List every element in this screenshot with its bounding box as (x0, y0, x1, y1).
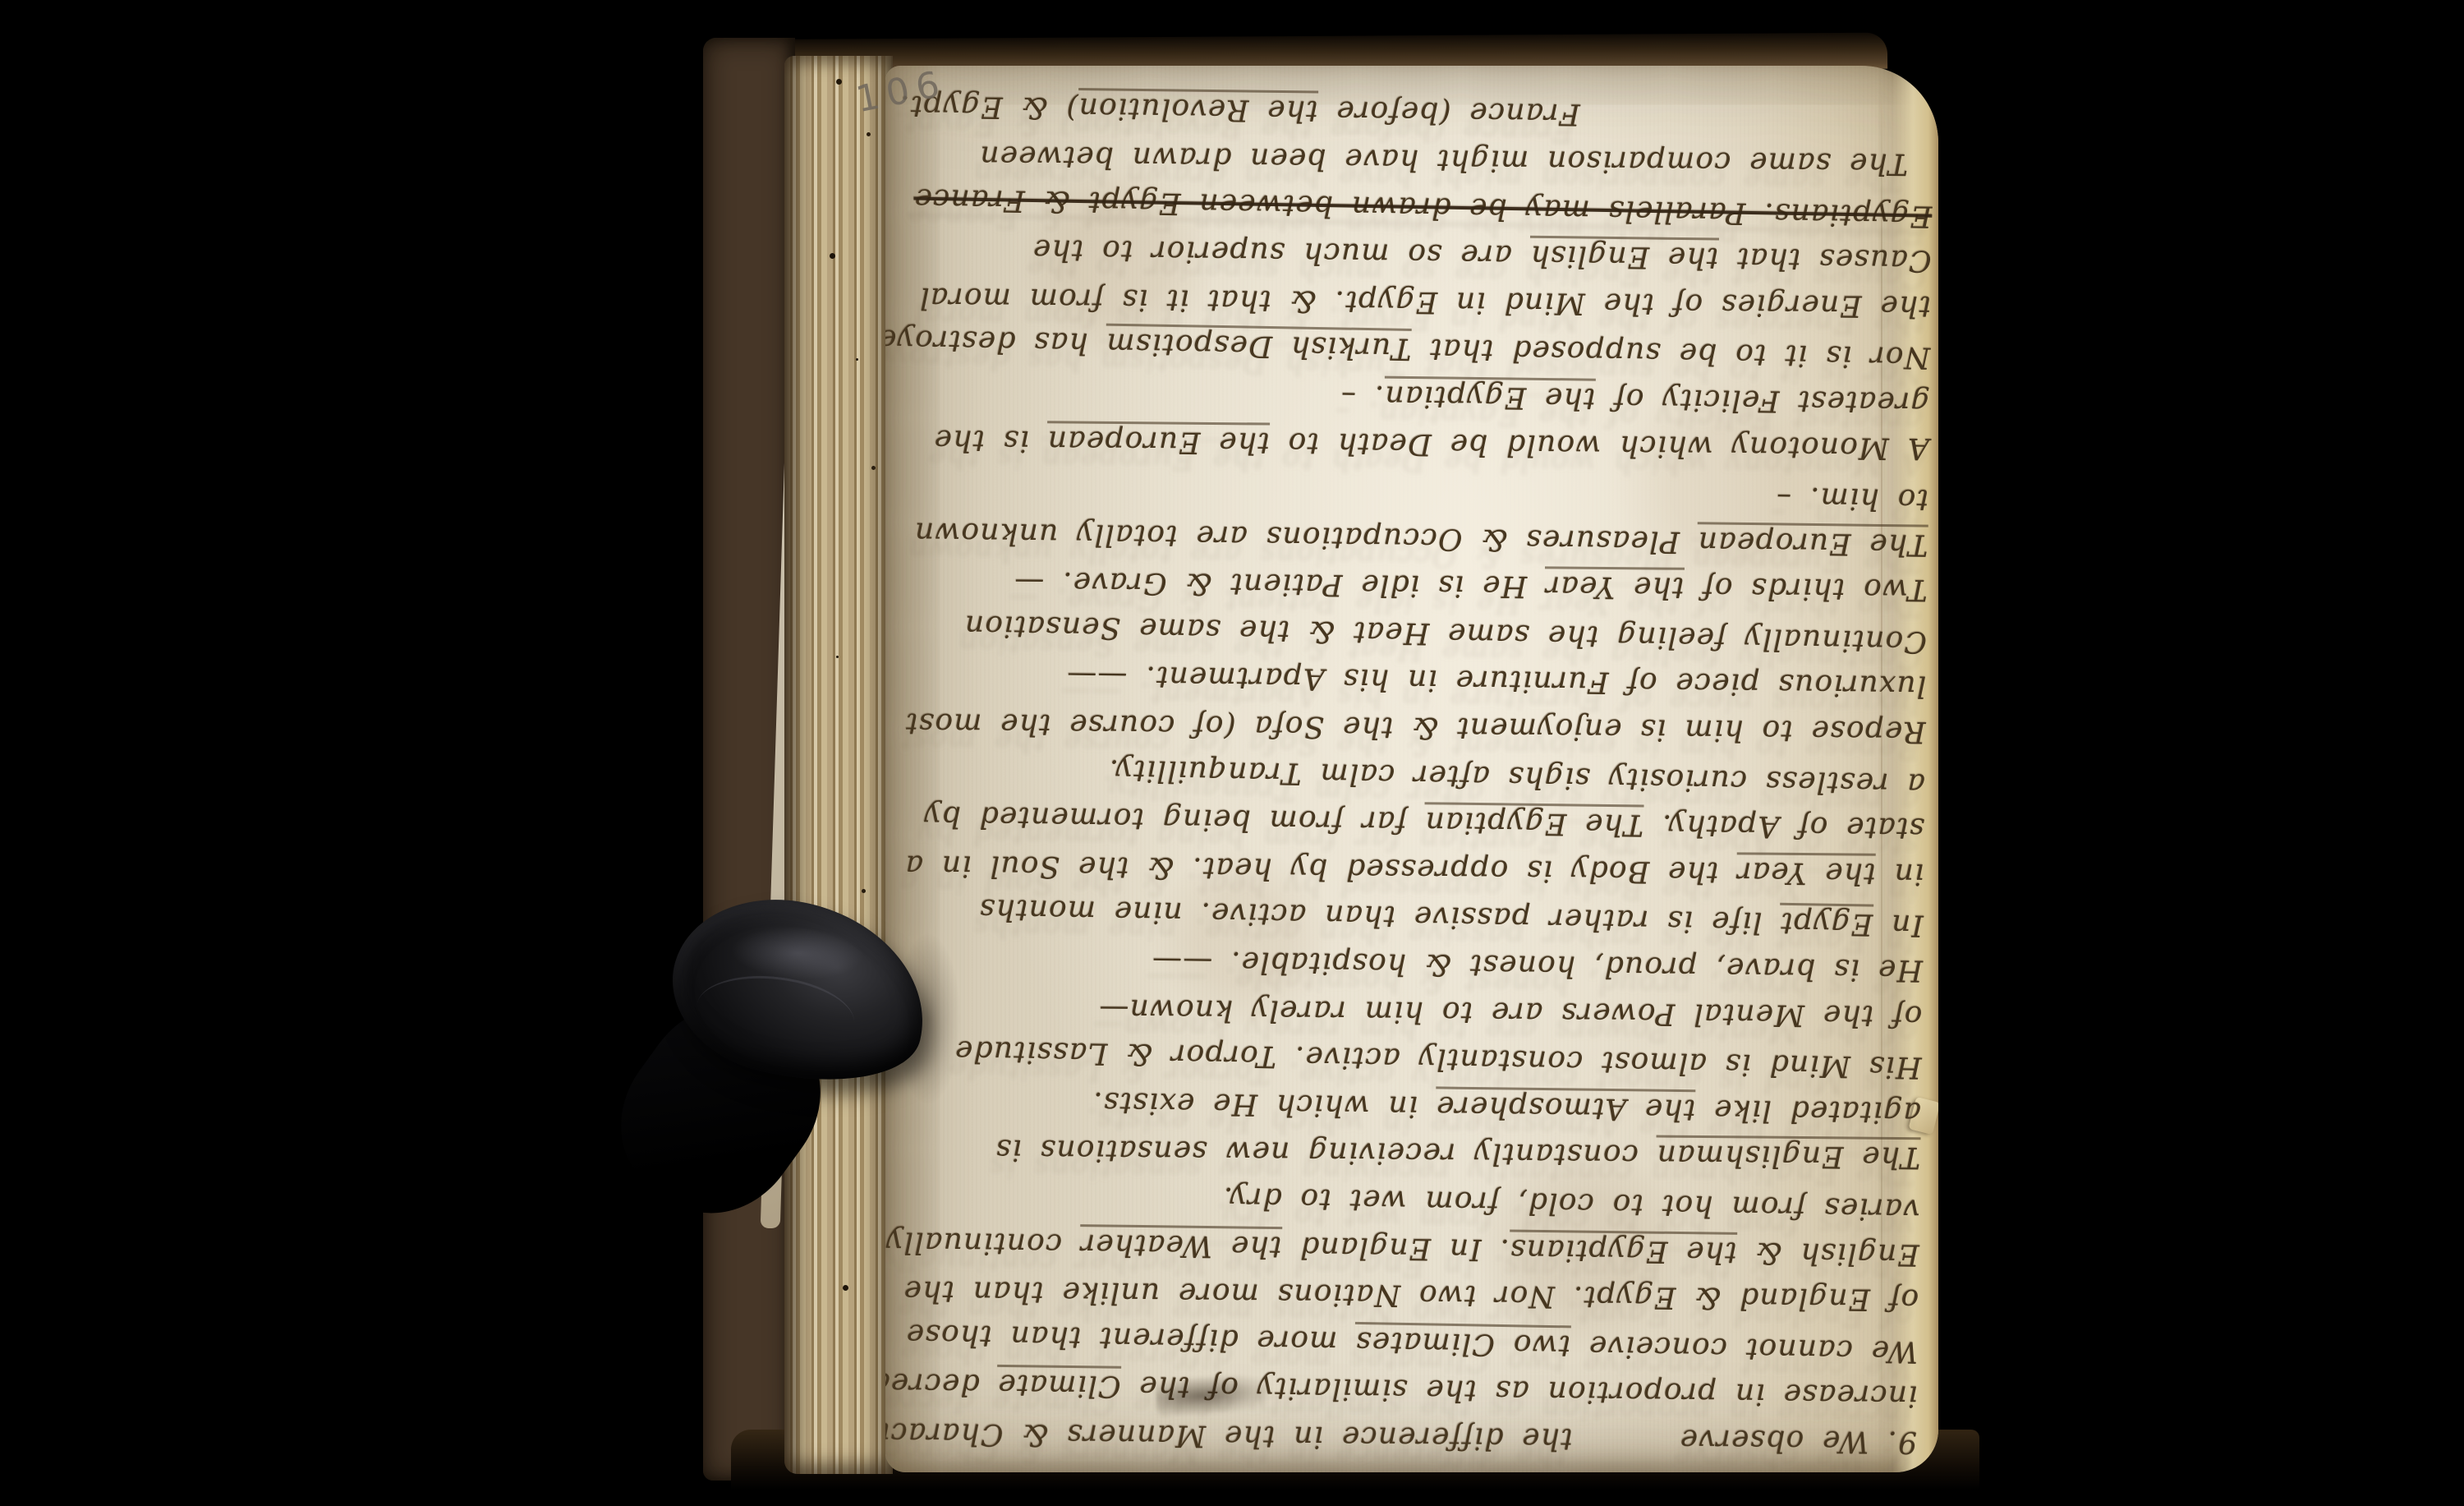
manuscript-line: Repose to him is enjoyment & the Sofa (o… (897, 699, 1925, 755)
manuscript-segment: a restless curiosity sighs after calm Tr… (1108, 753, 1925, 800)
manuscript-segment: the Weather (1080, 1224, 1282, 1264)
manuscript-segment: luxurious piece of Furniture in his Apar… (1066, 659, 1927, 703)
manuscript-segment: We cannot conceive (1570, 1329, 1919, 1368)
manuscript-line: of the Mental Powers are to him rarely k… (894, 983, 1922, 1039)
manuscript-segment: Egyptians. Parallels may be drawn betwee… (913, 182, 1933, 233)
manuscript-segment: constantly receiving new sensations is (995, 1133, 1656, 1172)
manuscript-segment: He is brave, proud, honest & hospitable.… (1152, 944, 1924, 987)
ink-specks (836, 79, 842, 85)
manuscript-segment: Egypt (1780, 903, 1873, 942)
manuscript-text: 9. We observe the difference in the Mann… (889, 81, 1933, 1467)
manuscript-segment: greatest Felicity of (1595, 382, 1930, 420)
manuscript-segment: the Egyptian (1384, 376, 1596, 416)
manuscript-line: The Englishman constantly receiving new … (892, 1126, 1920, 1181)
manuscript-segment: far from being tormented by (923, 799, 1425, 839)
manuscript-line: A Monotony which would be Death to the E… (901, 416, 1929, 472)
manuscript-segment: In (1873, 908, 1924, 942)
manuscript-segment: the Year (1545, 567, 1685, 605)
ink-smudge (1156, 1373, 1269, 1416)
manuscript-segment: is the (933, 423, 1047, 458)
manuscript-segment: Nor is it to be supposed that (1411, 332, 1930, 375)
manuscript-segment: life is rather passive than active. nine… (978, 892, 1780, 940)
manuscript-line: in the Year the Body is oppressed by hea… (895, 841, 1924, 897)
manuscript-segment: . – (1340, 379, 1385, 413)
manuscript-line: of England & Egypt. Nor two Nations more… (890, 1267, 1919, 1323)
page-stack-edge (784, 56, 893, 1474)
manuscript-segment: Causes that (1718, 242, 1932, 278)
manuscript-segment: The Englishman (1656, 1135, 1920, 1175)
manuscript-segment: Repose to him is enjoyment & the Sofa (o… (905, 707, 1926, 748)
manuscript-segment: the Energies of the Mind in Egypt. & tha… (919, 281, 1931, 323)
manuscript-segment: the English (1529, 236, 1718, 275)
manuscript-segment: the Revolution (1078, 88, 1318, 128)
manuscript-segment: state of Apathy. (1643, 808, 1925, 845)
manuscript-segment: Climate (997, 1365, 1121, 1403)
manuscript-segment: 9. We observe (1679, 1423, 1917, 1458)
manuscript-segment: agitated like (1695, 1093, 1921, 1129)
manuscript-line: The same comparison might have been draw… (904, 131, 1908, 187)
manuscript-segment: the Body is oppressed by heat. & the Sou… (904, 849, 1736, 889)
manuscript-segment: Turkish Despotism (1106, 324, 1412, 366)
manuscript-segment: to him. – (1776, 481, 1929, 517)
manuscript-segment: two Climates (1355, 1322, 1571, 1362)
manuscript-segment: . In England (1281, 1230, 1510, 1266)
manuscript-segment: English & (1737, 1236, 1920, 1272)
manuscript-segment: The same comparison might have been draw… (979, 139, 1908, 180)
photograph-of-manuscript: 9. We observe the difference in the Mann… (0, 0, 2464, 1506)
manuscript-segment: varies from hot to cold, from wet to dry… (1222, 1181, 1920, 1227)
manuscript-segment: the Egyptians (1510, 1229, 1737, 1269)
manuscript-segment: Continually feeling the same Heat & the … (963, 609, 1927, 659)
manuscript-line: Two thirds of the Year He is idle Patien… (899, 557, 1928, 613)
manuscript-segment: more different than those (905, 1317, 1355, 1358)
manuscript-segment: Two thirds of (1684, 571, 1928, 606)
manuscript-segment: of England & Egypt. Nor two Nations more… (903, 1274, 1919, 1316)
manuscript-segment: He is idle Patient & Grave. — (1014, 565, 1545, 603)
manuscript-segment: in (1876, 857, 1924, 891)
manuscript-segment: of the Mental Powers are to him rarely k… (1098, 992, 1923, 1032)
manuscript-segment: are so much superior to the (1032, 233, 1530, 272)
manuscript-segment: has destroyed (885, 323, 1106, 361)
manuscript-segment: The Egyptian (1424, 802, 1643, 841)
manuscript-segment: France (before (1317, 94, 1580, 131)
manuscript-segment: Pleasures & Occupations are totally unkn… (914, 515, 1698, 559)
manuscript-segment: continually (885, 1225, 1080, 1261)
manuscript-segment: decreases. (885, 1366, 998, 1402)
manuscript-segment: the Year (1736, 852, 1876, 890)
manuscript-segment: The European (1698, 522, 1928, 561)
manuscript-segment: the Atmosphere (1436, 1086, 1696, 1126)
manuscript-segment: the difference in the Manners & Characte… (885, 1414, 1680, 1456)
manuscript-segment: His Mind is almost constantly active. To… (954, 1034, 1923, 1085)
manuscript-line: 9. We observe the difference in the Mann… (889, 1409, 1917, 1465)
manuscript-line: France (before the Revolution) & Egypt. (905, 82, 1581, 138)
manuscript-page: 9. We observe the difference in the Mann… (885, 66, 1938, 1472)
manuscript-segment: the European (1047, 421, 1271, 459)
manuscript-line: the Energies of the Mind in Egypt. & tha… (903, 274, 1931, 329)
manuscript-segment: A Monotony which would be Death to (1270, 426, 1929, 465)
manuscript-segment: in which He exists. (1092, 1085, 1436, 1123)
